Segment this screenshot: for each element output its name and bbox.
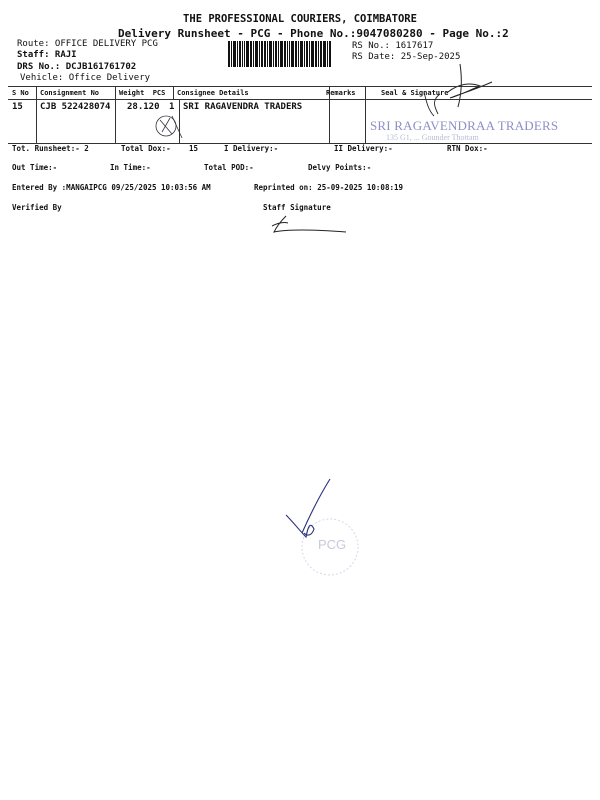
- reprinted-on: Reprinted on: 25-09-2025 10:08:19: [254, 183, 403, 192]
- staff-signature-label: Staff Signature: [263, 203, 331, 212]
- total-dox-label: Total Dox:-: [121, 144, 171, 153]
- col-header-remarks: Remarks: [326, 89, 356, 97]
- seal-signature-scribble: [420, 90, 460, 120]
- pcs-stamp-scribble: [150, 108, 190, 148]
- vehicle-label: Vehicle: Office Delivery: [20, 73, 150, 83]
- cell-consignee: SRI RAGAVENDRA TRADERS: [183, 102, 302, 112]
- total-dox-value: 15: [189, 144, 198, 153]
- runsheet-table: S No Consignment No Weight PCS Consignee…: [8, 86, 592, 144]
- col-header-sno: S No: [12, 89, 29, 97]
- i-delivery: I Delivery:-: [224, 144, 278, 153]
- barcode: [228, 41, 348, 67]
- company-title: THE PROFESSIONAL COURIERS, COIMBATORE: [0, 13, 600, 25]
- cell-sno: 15: [12, 102, 23, 112]
- staff-signature-scribble: [266, 214, 356, 236]
- entered-by: Entered By :MANGAIPCG 09/25/2025 10:03:5…: [12, 183, 211, 192]
- table-header: S No Consignment No Weight PCS Consignee…: [8, 87, 592, 100]
- in-time: In Time:-: [110, 163, 151, 172]
- verified-by: Verified By: [12, 203, 62, 212]
- pen-signature-and-stamp: [280, 475, 380, 585]
- rtn-dox: RTN Dox:-: [447, 144, 488, 153]
- tot-runsheet: Tot. Runsheet:- 2: [12, 144, 89, 153]
- table-row: 15 CJB 522428074 28.120 1 SRI RAGAVENDRA…: [8, 100, 592, 144]
- runsheet-subtitle: Delivery Runsheet - PCG - Phone No.:9047…: [118, 27, 509, 40]
- staff-label: Staff: RAJI: [17, 50, 77, 60]
- rs-date: RS Date: 25-Sep-2025: [352, 52, 460, 62]
- col-header-consignment: Consignment No: [40, 89, 99, 97]
- drs-number: DRS No.: DCJB161761702: [17, 62, 136, 72]
- pcg-stamp-text: PCG: [318, 537, 346, 552]
- rs-number: RS No.: 1617617: [352, 41, 433, 51]
- seal-stamp-address: 135 G1, ... Gounder Thottam: [386, 133, 479, 142]
- ii-delivery: II Delivery:-: [334, 144, 393, 153]
- total-pod: Total POD:-: [204, 163, 254, 172]
- col-header-consignee: Consignee Details: [177, 89, 249, 97]
- cell-consignment-no: CJB 522428074: [40, 102, 110, 112]
- route-label: Route: OFFICE DELIVERY PCG: [17, 39, 158, 49]
- col-header-weight-pcs: Weight PCS: [119, 89, 165, 97]
- out-time: Out Time:-: [12, 163, 57, 172]
- delvy-points: Delvy Points:-: [308, 163, 371, 172]
- seal-stamp-text: SRI RAGAVENDRAA TRADERS: [370, 118, 558, 134]
